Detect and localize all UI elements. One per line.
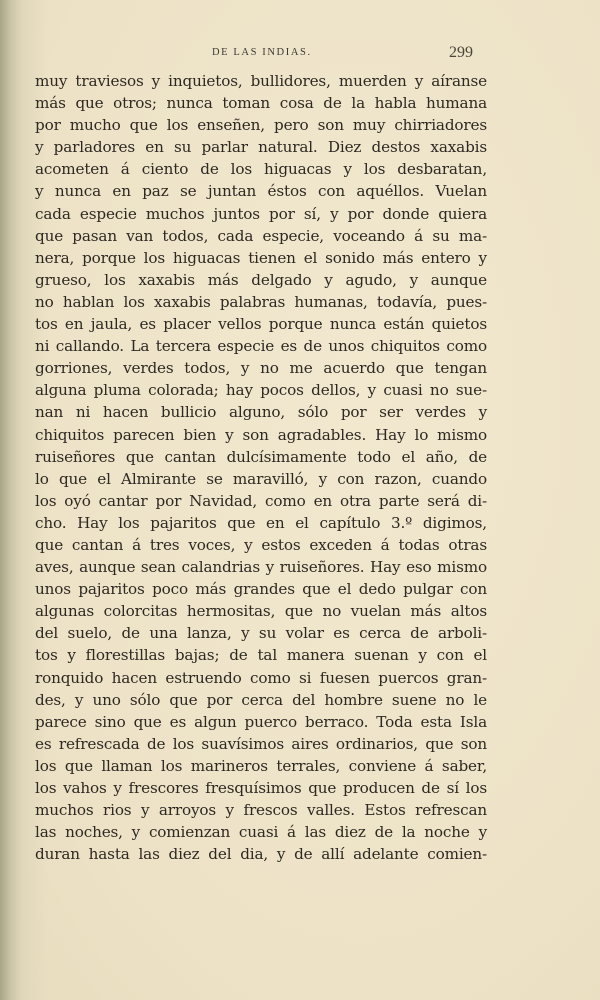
- text-line: más que otros; nunca toman cosa de la ha…: [35, 92, 487, 114]
- text-line: nan ni hacen bullicio alguno, sólo por s…: [35, 401, 487, 423]
- text-line: parece sino que es algun puerco berraco.…: [35, 711, 487, 733]
- text-line: que pasan van todos, cada especie, vocea…: [35, 225, 487, 247]
- text-line: no hablan los xaxabis palabras humanas, …: [35, 291, 487, 313]
- text-line: chiquitos parecen bien y son agradables.…: [35, 424, 487, 446]
- text-line: cho. Hay los pajaritos que en el capítul…: [35, 512, 487, 534]
- text-line: unos pajaritos poco más grandes que el d…: [35, 578, 487, 600]
- text-line: y parladores en su parlar natural. Diez …: [35, 136, 487, 158]
- text-line: acometen á ciento de los higuacas y los …: [35, 158, 487, 180]
- text-line: ruiseñores que cantan dulcísimamente tod…: [35, 446, 487, 468]
- text-line: del suelo, de una lanza, y su volar es c…: [35, 622, 487, 644]
- running-head: DE LAS INDIAS. 299: [0, 44, 600, 64]
- running-title: DE LAS INDIAS.: [212, 47, 312, 58]
- text-line: lo que el Almirante se maravilló, y con …: [35, 468, 487, 490]
- text-line: muchos rios y arroyos y frescos valles. …: [35, 799, 487, 821]
- text-line: muy traviesos y inquietos, bullidores, m…: [35, 70, 487, 92]
- text-line: aves, aunque sean calandrias y ruiseñore…: [35, 556, 487, 578]
- body-text: muy traviesos y inquietos, bullidores, m…: [35, 70, 487, 865]
- text-line: y nunca en paz se juntan éstos con aquél…: [35, 180, 487, 202]
- text-line: algunas colorcitas hermositas, que no vu…: [35, 600, 487, 622]
- book-page: DE LAS INDIAS. 299 muy traviesos y inqui…: [0, 0, 600, 1000]
- text-line: los oyó cantar por Navidad, como en otra…: [35, 490, 487, 512]
- text-line: ni callando. La tercera especie es de un…: [35, 335, 487, 357]
- text-line: cada especie muchos juntos por sí, y por…: [35, 203, 487, 225]
- text-line: los vahos y frescores fresquísimos que p…: [35, 777, 487, 799]
- text-line: grueso, los xaxabis más delgado y agudo,…: [35, 269, 487, 291]
- text-line: por mucho que los enseñen, pero son muy …: [35, 114, 487, 136]
- text-line: tos en jaula, es placer vellos porque nu…: [35, 313, 487, 335]
- page-number: 299: [449, 44, 473, 62]
- text-line: que cantan á tres voces, y estos exceden…: [35, 534, 487, 556]
- text-line: tos y florestillas bajas; de tal manera …: [35, 644, 487, 666]
- text-line: nera, porque los higuacas tienen el soni…: [35, 247, 487, 269]
- text-line: las noches, y comienzan cuasi á las diez…: [35, 821, 487, 843]
- text-line: gorriones, verdes todos, y no me acuerdo…: [35, 357, 487, 379]
- text-line: duran hasta las diez del dia, y de allí …: [35, 843, 487, 865]
- text-line: los que llaman los marineros terrales, c…: [35, 755, 487, 777]
- text-line: alguna pluma colorada; hay pocos dellos,…: [35, 379, 487, 401]
- text-line: ronquido hacen estruendo como si fuesen …: [35, 667, 487, 689]
- text-line: des, y uno sólo que por cerca del hombre…: [35, 689, 487, 711]
- text-line: es refrescada de los suavísimos aires or…: [35, 733, 487, 755]
